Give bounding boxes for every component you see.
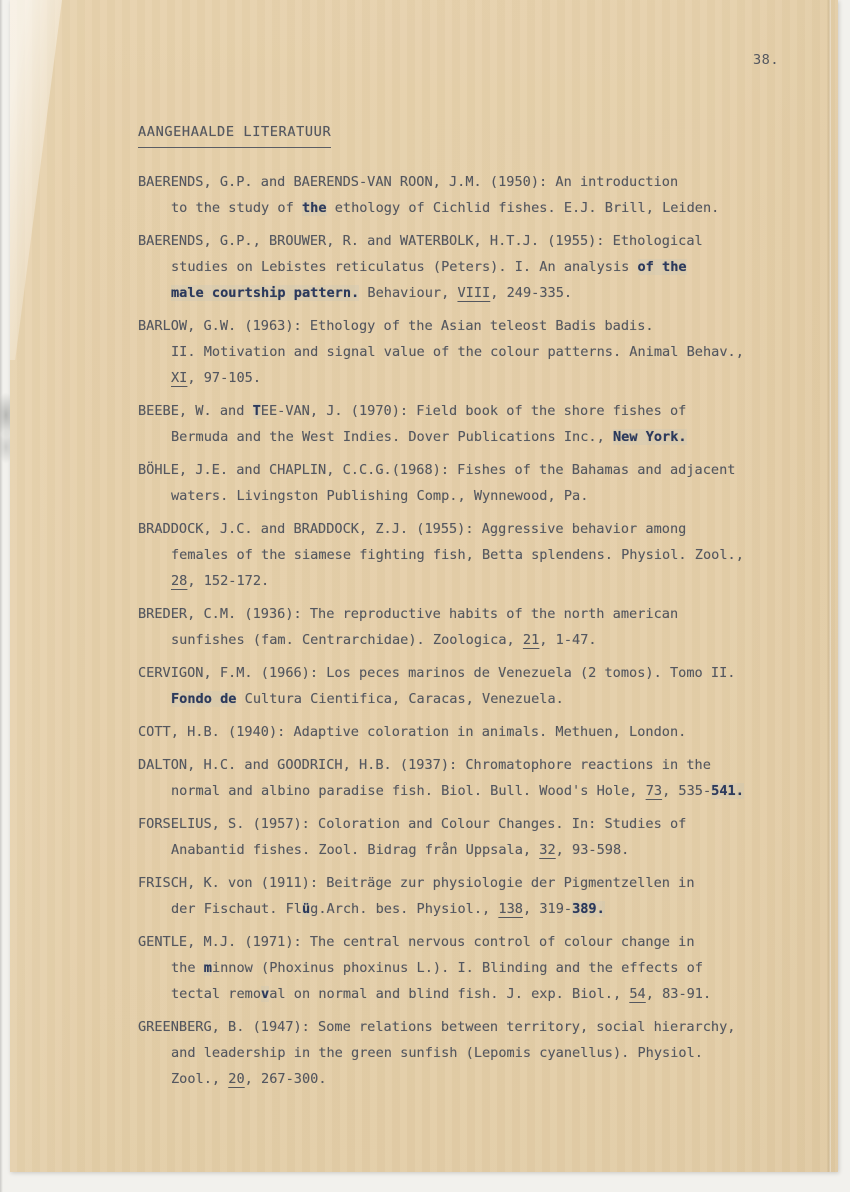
ink-correction: ü xyxy=(302,901,310,917)
text-segment: BAERENDS, G.P. and BAERENDS-VAN ROON, J.… xyxy=(138,174,678,190)
ink-correction: male courtship pattern. xyxy=(171,285,359,301)
reference-line: XI, 97-105. xyxy=(138,365,828,391)
reference-line: BÖHLE, J.E. and CHAPLIN, C.C.G.(1968): F… xyxy=(138,457,828,483)
reference-line: and leadership in the green sunfish (Lep… xyxy=(138,1040,828,1066)
volume-number: XI xyxy=(171,370,187,386)
text-segment: females of the siamese fighting fish, Be… xyxy=(171,547,744,563)
reference-list: BAERENDS, G.P. and BAERENDS-VAN ROON, J.… xyxy=(138,169,828,1099)
text-segment: BREDER, C.M. (1936): The reproductive ha… xyxy=(138,606,678,622)
reference-line: BREDER, C.M. (1936): The reproductive ha… xyxy=(138,601,828,627)
reference-entry: BEEBE, W. and TEE-VAN, J. (1970): Field … xyxy=(138,398,828,450)
reference-entry: BAERENDS, G.P. and BAERENDS-VAN ROON, J.… xyxy=(138,169,828,221)
reference-line: normal and albino paradise fish. Biol. B… xyxy=(138,778,828,804)
reference-entry: BAERENDS, G.P., BROUWER, R. and WATERBOL… xyxy=(138,228,828,306)
reference-entry: BREDER, C.M. (1936): The reproductive ha… xyxy=(138,601,828,653)
ink-correction: 389. xyxy=(572,901,605,917)
reference-line: tectal removal on normal and blind fish.… xyxy=(138,981,828,1007)
ink-correction: T xyxy=(253,403,261,419)
text-segment: tectal remo xyxy=(171,986,261,1002)
text-segment: FORSELIUS, S. (1957): Coloration and Col… xyxy=(138,816,686,832)
reference-line: waters. Livingston Publishing Comp., Wyn… xyxy=(138,483,828,509)
reference-entry: GREENBERG, B. (1947): Some relations bet… xyxy=(138,1014,828,1092)
text-segment: EE-VAN, J. (1970): Field book of the sho… xyxy=(261,403,687,419)
text-segment: , 83-91. xyxy=(646,986,711,1002)
volume-number: 20 xyxy=(228,1071,244,1087)
text-segment: to the study of xyxy=(171,200,302,216)
reference-line: Anabantid fishes. Zool. Bidrag från Upps… xyxy=(138,837,828,863)
text-segment: , 1-47. xyxy=(539,632,596,648)
text-segment: , 97-105. xyxy=(187,370,261,386)
reference-line: sunfishes (fam. Centrarchidae). Zoologic… xyxy=(138,627,828,653)
text-segment: ethology of Cichlid fishes. E.J. Brill, … xyxy=(327,200,720,216)
text-segment: sunfishes (fam. Centrarchidae). Zoologic… xyxy=(171,632,523,648)
reference-entry: BÖHLE, J.E. and CHAPLIN, C.C.G.(1968): F… xyxy=(138,457,828,509)
text-segment: , 267-300. xyxy=(245,1071,327,1087)
scanner-edge-shadow xyxy=(0,0,3,1192)
reference-line: FRISCH, K. von (1911): Beiträge zur phys… xyxy=(138,870,828,896)
text-segment: Bermuda and the West Indies. Dover Publi… xyxy=(171,429,613,445)
page-number: 38. xyxy=(753,47,779,73)
reference-line: COTT, H.B. (1940): Adaptive coloration i… xyxy=(138,719,828,745)
text-segment: II. Motivation and signal value of the c… xyxy=(171,344,744,360)
text-segment: CERVIGON, F.M. (1966): Los peces marinos… xyxy=(138,665,735,681)
volume-number: 28 xyxy=(171,573,187,589)
page-title: AANGEHAALDE LITERATUUR xyxy=(138,119,331,148)
ink-correction: of the xyxy=(638,259,687,275)
reference-entry: BRADDOCK, J.C. and BRADDOCK, Z.J. (1955)… xyxy=(138,516,828,594)
text-segment: Zool., xyxy=(171,1071,228,1087)
volume-number: 32 xyxy=(539,842,555,858)
reference-entry: GENTLE, M.J. (1971): The central nervous… xyxy=(138,929,828,1007)
reference-line: studies on Lebistes reticulatus (Peters)… xyxy=(138,254,828,280)
text-segment: , 535- xyxy=(662,783,711,799)
ink-correction: 541. xyxy=(711,783,744,799)
volume-number: 54 xyxy=(629,986,645,1002)
reference-line: Bermuda and the West Indies. Dover Publi… xyxy=(138,424,828,450)
text-segment: BRADDOCK, J.C. and BRADDOCK, Z.J. (1955)… xyxy=(138,521,686,537)
page-corner-curl xyxy=(10,0,62,360)
text-segment: the xyxy=(171,960,204,976)
text-segment: FRISCH, K. von (1911): Beiträge zur phys… xyxy=(138,875,695,891)
ink-correction: New York. xyxy=(613,429,687,445)
volume-number: 138 xyxy=(498,901,523,917)
ink-correction: Fondo de xyxy=(171,691,236,707)
ink-correction: m xyxy=(204,960,212,976)
reference-line: BAERENDS, G.P., BROUWER, R. and WATERBOL… xyxy=(138,228,828,254)
text-segment: studies on Lebistes reticulatus (Peters)… xyxy=(171,259,638,275)
text-segment: , 319- xyxy=(523,901,572,917)
reference-line: BRADDOCK, J.C. and BRADDOCK, Z.J. (1955)… xyxy=(138,516,828,542)
text-segment: BÖHLE, J.E. and CHAPLIN, C.C.G.(1968): F… xyxy=(138,462,735,478)
reference-entry: FRISCH, K. von (1911): Beiträge zur phys… xyxy=(138,870,828,922)
text-segment: waters. Livingston Publishing Comp., Wyn… xyxy=(171,488,588,504)
reference-line: GENTLE, M.J. (1971): The central nervous… xyxy=(138,929,828,955)
text-segment: GENTLE, M.J. (1971): The central nervous… xyxy=(138,934,695,950)
reference-line: CERVIGON, F.M. (1966): Los peces marinos… xyxy=(138,660,828,686)
text-segment: BEEBE, W. and xyxy=(138,403,253,419)
text-segment: , 152-172. xyxy=(187,573,269,589)
text-segment: GREENBERG, B. (1947): Some relations bet… xyxy=(138,1019,735,1035)
reference-line: BEEBE, W. and TEE-VAN, J. (1970): Field … xyxy=(138,398,828,424)
text-segment: and leadership in the green sunfish (Lep… xyxy=(171,1045,703,1061)
text-segment: der Fischaut. Fl xyxy=(171,901,302,917)
text-segment: BARLOW, G.W. (1963): Ethology of the Asi… xyxy=(138,318,654,334)
scanned-paper-sheet: 38. AANGEHAALDE LITERATUUR BAERENDS, G.P… xyxy=(10,0,838,1172)
text-segment: innow (Phoxinus phoxinus L.). I. Blindin… xyxy=(212,960,703,976)
text-segment: Behaviour, xyxy=(359,285,457,301)
reference-line: the minnow (Phoxinus phoxinus L.). I. Bl… xyxy=(138,955,828,981)
reference-line: FORSELIUS, S. (1957): Coloration and Col… xyxy=(138,811,828,837)
volume-number: VIII xyxy=(457,285,490,301)
reference-line: BARLOW, G.W. (1963): Ethology of the Asi… xyxy=(138,313,828,339)
reference-entry: COTT, H.B. (1940): Adaptive coloration i… xyxy=(138,719,828,745)
reference-line: BAERENDS, G.P. and BAERENDS-VAN ROON, J.… xyxy=(138,169,828,195)
volume-number: 73 xyxy=(646,783,662,799)
text-segment: , 93-598. xyxy=(556,842,630,858)
volume-number: 21 xyxy=(523,632,539,648)
reference-line: to the study of the ethology of Cichlid … xyxy=(138,195,828,221)
reference-line: DALTON, H.C. and GOODRICH, H.B. (1937): … xyxy=(138,752,828,778)
ink-correction: v xyxy=(261,986,269,1002)
reference-line: GREENBERG, B. (1947): Some relations bet… xyxy=(138,1014,828,1040)
text-segment: g.Arch. bes. Physiol., xyxy=(310,901,498,917)
text-segment: COTT, H.B. (1940): Adaptive coloration i… xyxy=(138,724,686,740)
reference-entry: BARLOW, G.W. (1963): Ethology of the Asi… xyxy=(138,313,828,391)
reference-line: females of the siamese fighting fish, Be… xyxy=(138,542,828,568)
text-segment: DALTON, H.C. and GOODRICH, H.B. (1937): … xyxy=(138,757,711,773)
reference-line: 28, 152-172. xyxy=(138,568,828,594)
text-segment: normal and albino paradise fish. Biol. B… xyxy=(171,783,646,799)
reference-entry: DALTON, H.C. and GOODRICH, H.B. (1937): … xyxy=(138,752,828,804)
ink-correction: the xyxy=(302,200,327,216)
reference-line: Zool., 20, 267-300. xyxy=(138,1066,828,1092)
text-segment: BAERENDS, G.P., BROUWER, R. and WATERBOL… xyxy=(138,233,703,249)
reference-line: male courtship pattern. Behaviour, VIII,… xyxy=(138,280,828,306)
reference-line: Fondo de Cultura Cientifica, Caracas, Ve… xyxy=(138,686,828,712)
reference-line: II. Motivation and signal value of the c… xyxy=(138,339,828,365)
reference-entry: CERVIGON, F.M. (1966): Los peces marinos… xyxy=(138,660,828,712)
text-segment: Cultura Cientifica, Caracas, Venezuela. xyxy=(236,691,563,707)
reference-line: der Fischaut. Flüg.Arch. bes. Physiol., … xyxy=(138,896,828,922)
text-segment: Anabantid fishes. Zool. Bidrag från Upps… xyxy=(171,842,539,858)
text-segment: , 249-335. xyxy=(490,285,572,301)
text-segment: al on normal and blind fish. J. exp. Bio… xyxy=(269,986,629,1002)
reference-entry: FORSELIUS, S. (1957): Coloration and Col… xyxy=(138,811,828,863)
